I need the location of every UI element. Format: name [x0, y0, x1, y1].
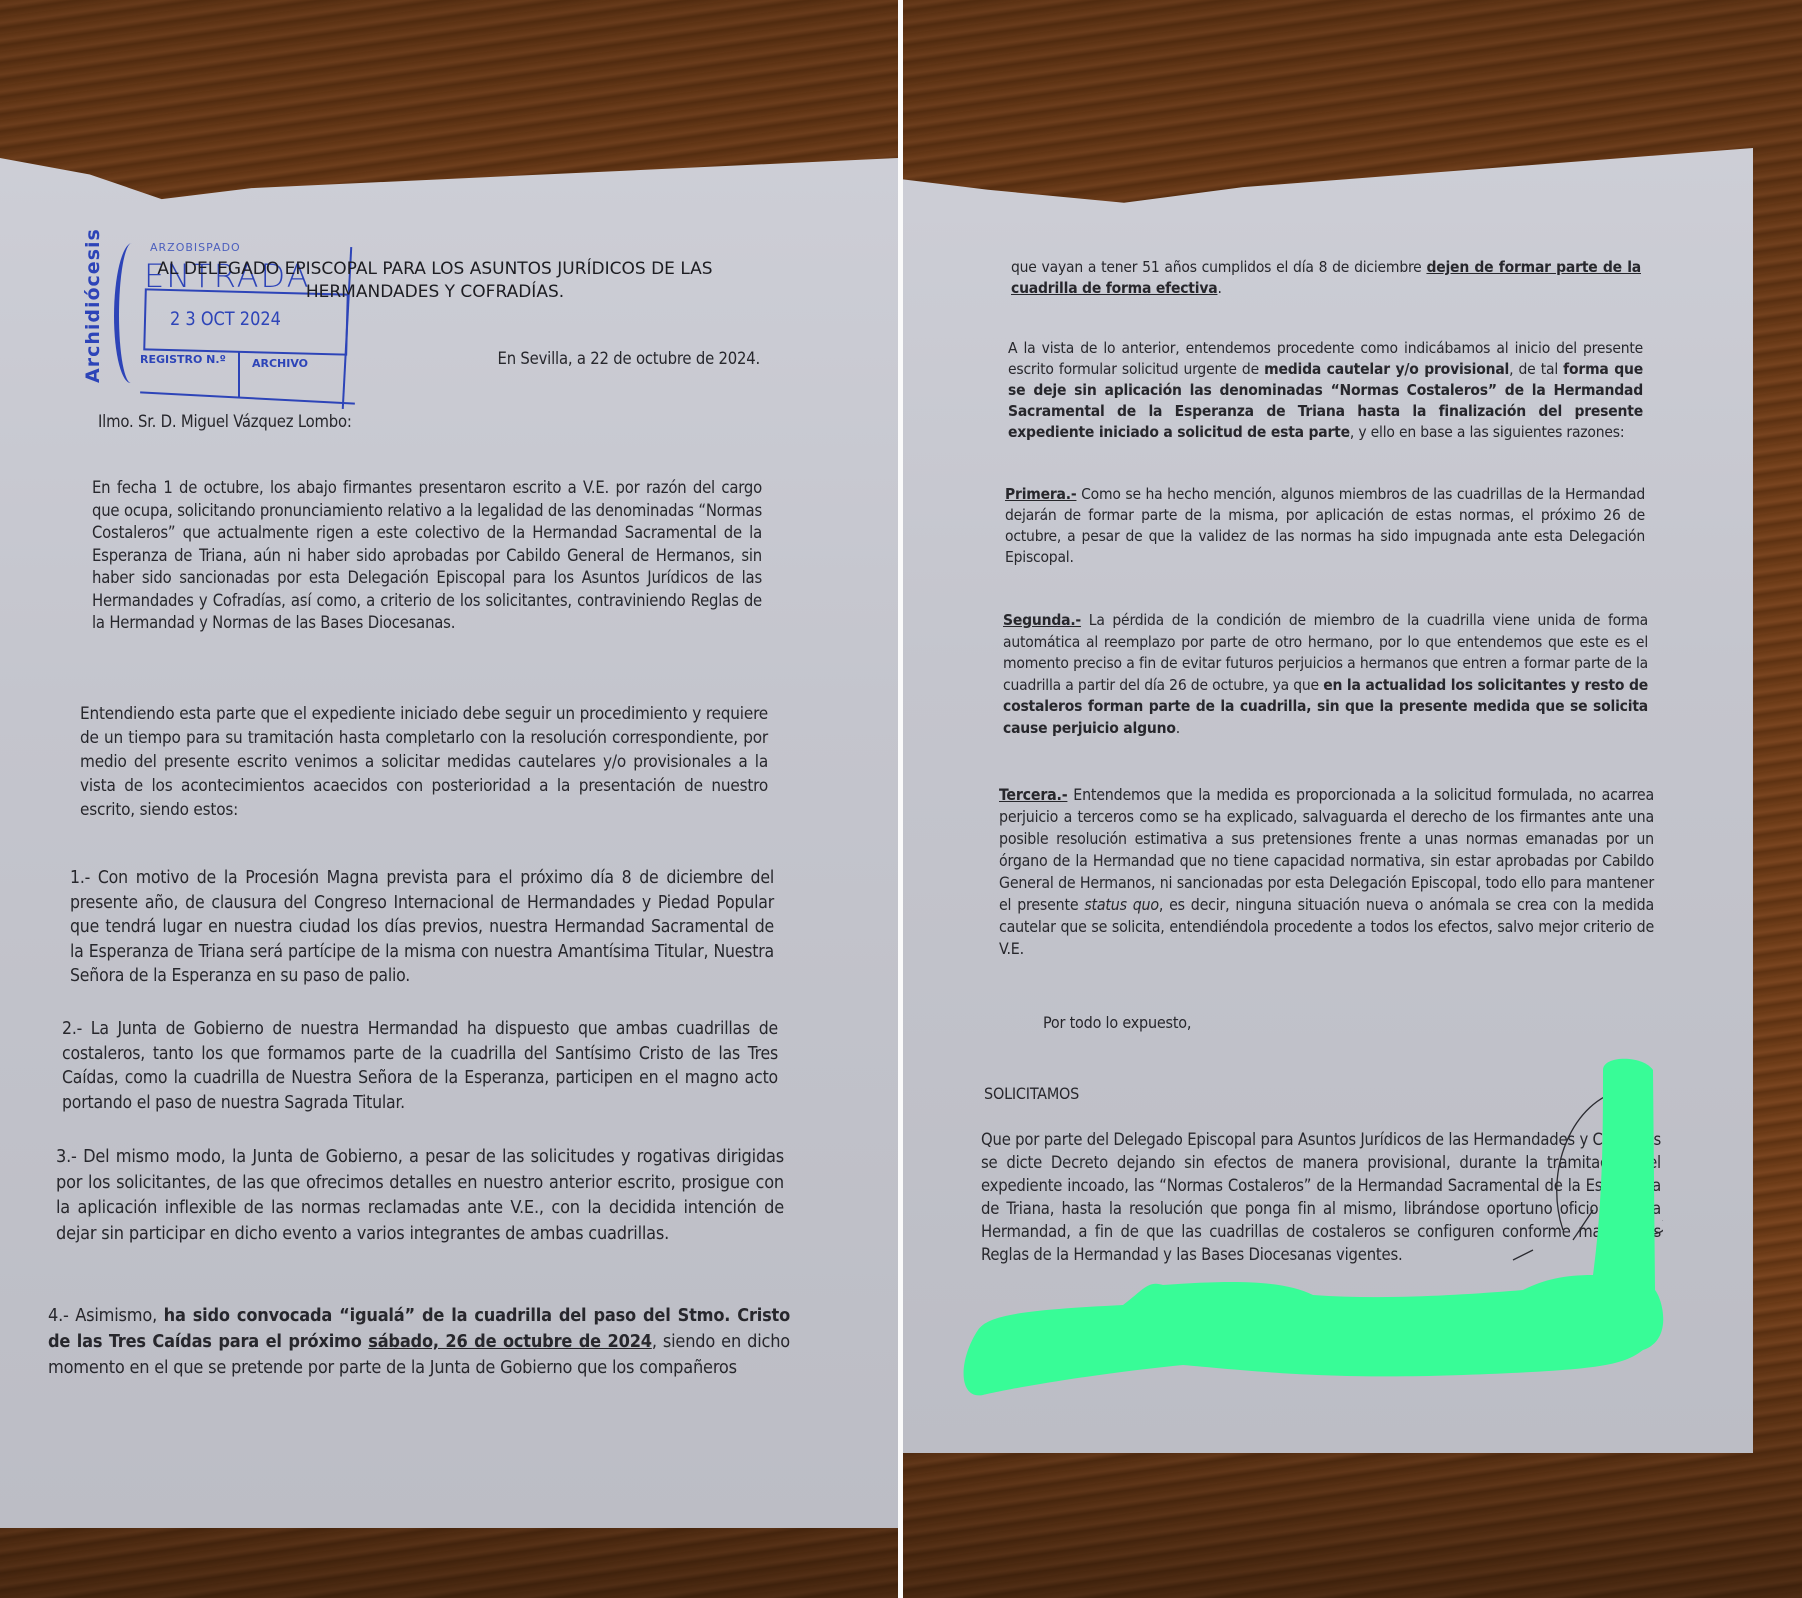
item-4-intro: 4.- Asimismo, — [48, 1305, 164, 1326]
stamp-bottom-line — [140, 391, 355, 404]
stamp-archdiocese: Archidiócesis — [82, 228, 104, 383]
paragraph-antecedentes: En fecha 1 de octubre, los abajo firmant… — [92, 477, 762, 635]
salutation: Ilmo. Sr. D. Miguel Vázquez Lombo: — [98, 411, 498, 434]
stamp-archivo: ARCHIVO — [252, 357, 308, 370]
item-4: 4.- Asimismo, ha sido convocada “igualá”… — [48, 1303, 790, 1381]
stamp-divider — [238, 351, 240, 397]
stamp-registro: REGISTRO N.º — [140, 353, 226, 366]
stamp-date: 2 3 OCT 2024 — [170, 308, 281, 330]
item-3: 3.- Del mismo modo, la Junta de Gobierno… — [56, 1144, 784, 1246]
heading-line-2: HERMANDADES Y COFRADÍAS. — [220, 281, 650, 304]
redaction-mark — [903, 0, 1802, 1598]
photo-page-1: Archidiócesis ARZOBISPADO ENTRADA 2 3 OC… — [0, 0, 898, 1598]
item-4-date: sábado, 26 de octubre de 2024 — [368, 1331, 652, 1352]
item-1: 1.- Con motivo de la Procesión Magna pre… — [70, 866, 774, 989]
photo-page-2: que vayan a tener 51 años cumplidos el d… — [903, 0, 1802, 1598]
stamp-top-text: ARZOBISPADO — [150, 241, 241, 254]
heading-line-1: AL DELEGADO EPISCOPAL PARA LOS ASUNTOS J… — [140, 258, 730, 281]
place-date: En Sevilla, a 22 de octubre de 2024. — [490, 348, 760, 371]
item-2: 2.- La Junta de Gobierno de nuestra Herm… — [62, 1017, 778, 1115]
paragraph-medidas: Entendiendo esta parte que el expediente… — [80, 702, 768, 822]
